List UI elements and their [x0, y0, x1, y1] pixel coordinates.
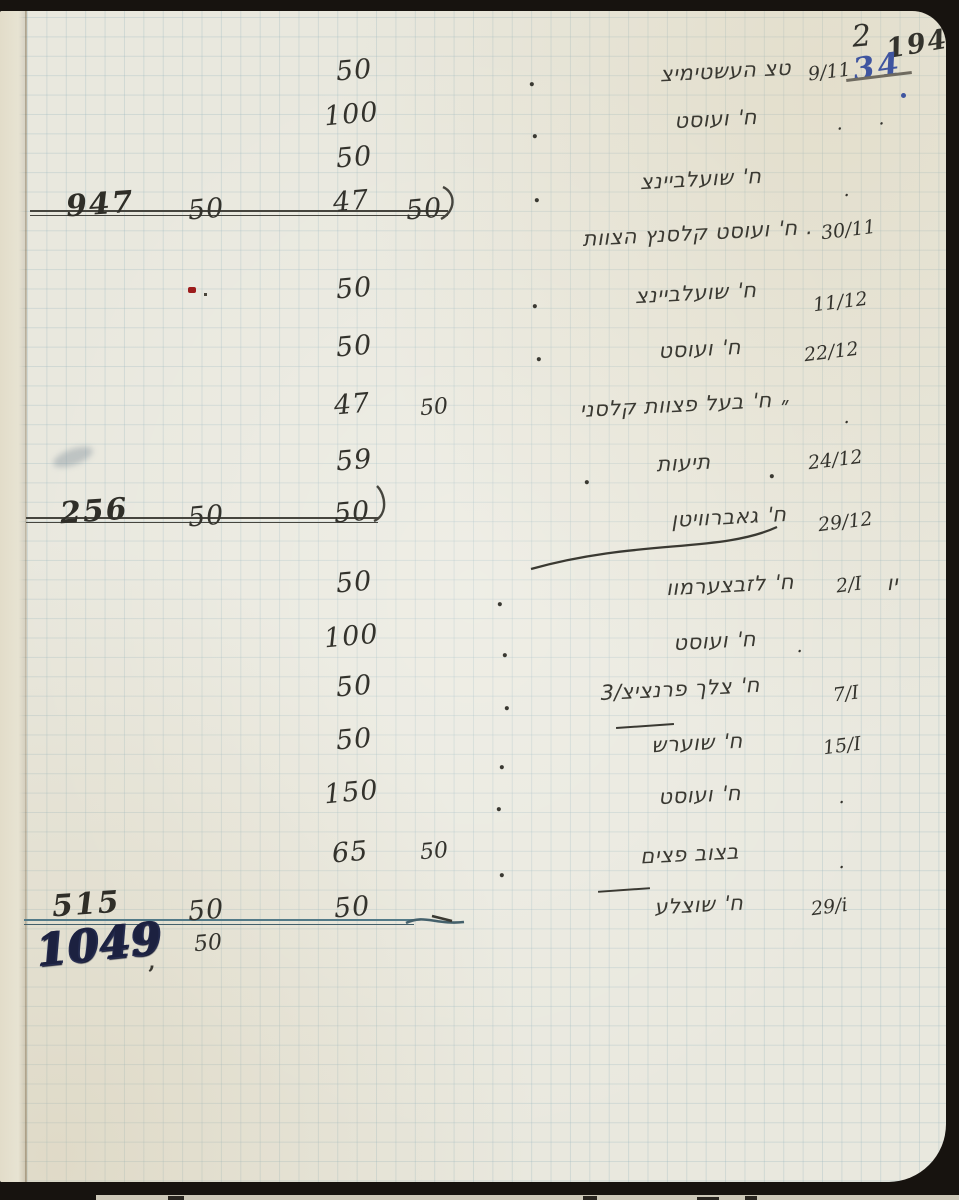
notebook-page: 2 1940 34 50.טצ העשטימיצ9/11100.ח' ועוסט…	[0, 11, 946, 1182]
sum2-col2: 50	[187, 499, 226, 533]
sum1-col4: 50	[405, 192, 444, 226]
sum1-col3: 47	[332, 184, 371, 218]
page-binding-edge	[0, 11, 26, 1182]
next-page-mark	[583, 1196, 597, 1200]
next-page-mark	[745, 1196, 757, 1200]
entry-amount: 50	[335, 140, 374, 174]
entry-date: 9/11	[807, 58, 852, 85]
entry-amount: 50	[335, 565, 374, 599]
entry-text: בצוב פצים	[640, 839, 743, 868]
entry-amount: 50	[335, 722, 374, 756]
entry-date: . .	[835, 107, 885, 135]
entry-text: ח' שועלביינצ	[639, 164, 764, 194]
pen-up-hook	[372, 483, 402, 525]
entry-date: 22/12	[803, 338, 860, 367]
ditto-tick: .	[533, 182, 541, 208]
grand-total-carry: 50	[193, 930, 223, 957]
entry-amount: 50	[335, 329, 374, 363]
entry-text: תיעות	[656, 450, 714, 477]
ditto-tick: .	[531, 288, 539, 314]
entry-text: ח' ועוסט	[658, 335, 745, 363]
entry-date: 29/i	[810, 894, 849, 920]
entry-date: .	[837, 786, 846, 809]
ditto-tick: .	[583, 464, 591, 490]
sum1-col2: 50	[187, 192, 226, 226]
ditto-tick: ״	[781, 392, 789, 418]
next-page-sliver	[96, 1195, 959, 1200]
entry-date: 7/I	[832, 681, 860, 706]
entry-date: 29/12	[817, 508, 874, 537]
entry-date: 2/I	[835, 572, 863, 597]
sum2-col3: 50	[333, 495, 372, 529]
entry-date: .	[842, 179, 851, 202]
entry-amount: 47	[333, 387, 372, 421]
next-page-mark	[168, 1196, 184, 1200]
grand-total-separator: ‚	[148, 949, 156, 975]
sum3-col2: 50	[187, 893, 226, 927]
name-overline	[616, 723, 674, 729]
entry-date: .	[837, 851, 846, 874]
entry-amount: 59	[335, 443, 374, 477]
entry-amount: 50	[335, 271, 374, 305]
entry-text: . ח' ועוסט קלסנץ הצוות	[582, 215, 815, 251]
entry-date: 24/12	[807, 446, 864, 475]
entry-text: ח' שוצלע	[653, 891, 746, 920]
ditto-tick: .	[503, 690, 511, 716]
struck-out-number: 34	[851, 46, 905, 88]
entry-text: ח' צלך פרנציצ/3	[598, 673, 763, 705]
page-crease-line	[25, 11, 27, 1182]
name-overline	[598, 887, 650, 893]
entry-amount: 50	[335, 669, 374, 703]
entry-amount: 150	[323, 775, 380, 811]
entry-text: ח' שועלביינצ	[634, 278, 759, 308]
pen-speck	[204, 293, 207, 296]
blue-ink-dot	[901, 93, 906, 98]
ditto-tick: .	[535, 341, 543, 367]
entry-text: ח' בעל פצוות קלסני	[579, 388, 775, 422]
scan-background: { "meta": { "page_number": "2", "year": …	[0, 0, 959, 1200]
ditto-tick: .	[495, 791, 503, 817]
ink-smudge	[51, 442, 96, 471]
ditto-tick: .	[528, 66, 536, 92]
entry-amount: 65	[331, 835, 370, 869]
entry-date: .	[842, 406, 851, 429]
entry-text: ח' ועוסט	[674, 105, 761, 133]
entry-amount: 50	[335, 53, 374, 87]
ditto-tick: .	[498, 857, 506, 883]
sum1-total: 947	[65, 185, 136, 225]
signature-flourish	[515, 509, 787, 581]
ditto-tick: .	[501, 637, 509, 663]
entry-text: ח' ועוסט	[673, 627, 760, 655]
entry-amount: 100	[323, 619, 380, 655]
entry-text: ח' שוערש	[651, 729, 746, 758]
side-mark: יו	[886, 571, 901, 596]
entry-amount-2: 50	[419, 394, 449, 421]
red-pen-dot	[188, 287, 196, 293]
sum2-total: 256	[59, 492, 130, 532]
entry-date: .	[795, 635, 804, 658]
ditto-tick: .	[498, 749, 506, 775]
entry-date: 11/12	[812, 288, 869, 317]
entry-date: 30/11	[820, 216, 877, 245]
pen-arrow-tail	[404, 905, 470, 933]
ditto-tick: .	[768, 458, 776, 484]
entry-text: טצ העשטימיצ	[660, 56, 795, 87]
entry-date: 15/I	[822, 733, 862, 759]
sum3-col3: 50	[333, 890, 372, 924]
ditto-tick: .	[531, 118, 539, 144]
entry-text: ח' ועוסט	[658, 781, 745, 809]
entry-amount: 100	[323, 97, 380, 133]
entry-amount-2: 50	[419, 838, 449, 865]
ditto-tick: .	[496, 586, 504, 612]
